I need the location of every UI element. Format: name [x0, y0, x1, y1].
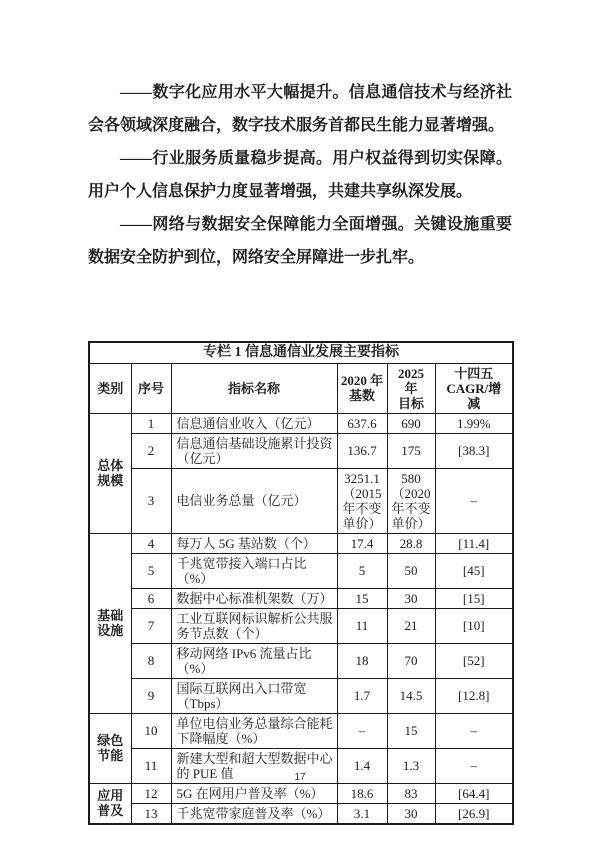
row-number-cell: 13: [131, 803, 171, 824]
column-header: 2020 年 基数: [337, 363, 387, 413]
table-row: 13千兆宽带家庭普及率（%）3.130[26.9]: [89, 803, 513, 824]
base-2020-cell: 1.7: [337, 678, 387, 713]
row-number-cell: 5: [131, 553, 171, 588]
table-row: 5千兆宽带接入端口占比（%）550[45]: [89, 553, 513, 588]
indicator-name-cell: 工业互联网标识解析公共服务节点数（个）: [171, 608, 337, 643]
paragraph-digital-application: ——数字化应用水平大幅提升。信息通信技术与经济社会各领域深度融合，数字技术服务首…: [88, 76, 512, 142]
cagr-cell: [15]: [435, 588, 513, 608]
target-2025-cell: 175: [387, 433, 435, 468]
table-row: 2信息通信基础设施累计投资（亿元）136.7175[38.3]: [89, 433, 513, 468]
table-row: 7工业互联网标识解析公共服务节点数（个）1121[10]: [89, 608, 513, 643]
indicator-name-cell: 千兆宽带家庭普及率（%）: [171, 803, 337, 824]
base-2020-cell: 11: [337, 608, 387, 643]
table-title-row: 专栏 1 信息通信业发展主要指标: [89, 342, 513, 363]
row-number-cell: 2: [131, 433, 171, 468]
indicators-table: 专栏 1 信息通信业发展主要指标 类别序号指标名称2020 年 基数2025 年…: [88, 341, 514, 825]
table-title: 专栏 1 信息通信业发展主要指标: [89, 342, 513, 363]
indicator-name-cell: 移动网络 IPv6 流量占比（%）: [171, 643, 337, 678]
target-2025-cell: 28.8: [387, 533, 435, 553]
cagr-cell: [64.4]: [435, 783, 513, 803]
cagr-cell: [38.3]: [435, 433, 513, 468]
row-number-cell: 9: [131, 678, 171, 713]
indicator-name-cell: 信息通信基础设施累计投资（亿元）: [171, 433, 337, 468]
row-number-cell: 8: [131, 643, 171, 678]
target-2025-cell: 580 （2020 年不变 单价）: [387, 468, 435, 533]
target-2025-cell: 21: [387, 608, 435, 643]
page-number: 17: [0, 772, 600, 783]
cagr-cell: [11.4]: [435, 533, 513, 553]
target-2025-cell: 15: [387, 713, 435, 748]
indicator-name-cell: 每万人 5G 基站数（个）: [171, 533, 337, 553]
table-row: 总体规模1信息通信业收入（亿元）637.66901.99%: [89, 413, 513, 433]
indicator-name-cell: 国际互联网出入口带宽（Tbps）: [171, 678, 337, 713]
row-number-cell: 4: [131, 533, 171, 553]
indicator-name-cell: 信息通信业收入（亿元）: [171, 413, 337, 433]
column-header: 2025 年 目标: [387, 363, 435, 413]
paragraph-network-security: ——网络与数据安全保障能力全面增强。关键设施重要数据安全防护到位，网络安全屏障进…: [88, 208, 512, 274]
column-header: 十四五 CAGR/增 减: [435, 363, 513, 413]
base-2020-cell: 18.6: [337, 783, 387, 803]
table-row: 应用普及125G 在网用户普及率（%）18.683[64.4]: [89, 783, 513, 803]
base-2020-cell: 136.7: [337, 433, 387, 468]
category-cell: 基础设施: [89, 533, 131, 713]
table-row: 8移动网络 IPv6 流量占比（%）1870[52]: [89, 643, 513, 678]
indicator-name-cell: 5G 在网用户普及率（%）: [171, 783, 337, 803]
row-number-cell: 6: [131, 588, 171, 608]
table-row: 绿色节能10单位电信业务总量综合能耗下降幅度（%）–15–: [89, 713, 513, 748]
target-2025-cell: 50: [387, 553, 435, 588]
row-number-cell: 3: [131, 468, 171, 533]
target-2025-cell: 30: [387, 803, 435, 824]
category-cell: 总体规模: [89, 413, 131, 533]
cagr-cell: [26.9]: [435, 803, 513, 824]
column-header: 类别: [89, 363, 131, 413]
cagr-cell: 1.99%: [435, 413, 513, 433]
base-2020-cell: –: [337, 713, 387, 748]
base-2020-cell: 18: [337, 643, 387, 678]
indicator-name-cell: 电信业务总量（亿元）: [171, 468, 337, 533]
cagr-cell: [45]: [435, 553, 513, 588]
cagr-cell: –: [435, 713, 513, 748]
cagr-cell: [52]: [435, 643, 513, 678]
document-page: ——数字化应用水平大幅提升。信息通信技术与经济社会各领域深度融合，数字技术服务首…: [0, 0, 600, 848]
table-row: 3电信业务总量（亿元）3251.1 （2015 年不变 单价）580 （2020…: [89, 468, 513, 533]
row-number-cell: 7: [131, 608, 171, 643]
base-2020-cell: 5: [337, 553, 387, 588]
body-paragraphs: ——数字化应用水平大幅提升。信息通信技术与经济社会各领域深度融合，数字技术服务首…: [88, 76, 512, 274]
table-row: 9国际互联网出入口带宽（Tbps）1.714.5[12.8]: [89, 678, 513, 713]
cagr-cell: [12.8]: [435, 678, 513, 713]
row-number-cell: 10: [131, 713, 171, 748]
column-header: 序号: [131, 363, 171, 413]
indicator-name-cell: 数据中心标准机架数（万）: [171, 588, 337, 608]
base-2020-cell: 637.6: [337, 413, 387, 433]
target-2025-cell: 70: [387, 643, 435, 678]
indicator-name-cell: 单位电信业务总量综合能耗下降幅度（%）: [171, 713, 337, 748]
indicator-name-cell: 千兆宽带接入端口占比（%）: [171, 553, 337, 588]
column-header: 指标名称: [171, 363, 337, 413]
row-number-cell: 1: [131, 413, 171, 433]
category-cell: 应用普及: [89, 783, 131, 824]
target-2025-cell: 83: [387, 783, 435, 803]
base-2020-cell: 17.4: [337, 533, 387, 553]
base-2020-cell: 3251.1 （2015 年不变 单价）: [337, 468, 387, 533]
target-2025-cell: 30: [387, 588, 435, 608]
row-number-cell: 12: [131, 783, 171, 803]
base-2020-cell: 3.1: [337, 803, 387, 824]
target-2025-cell: 690: [387, 413, 435, 433]
target-2025-cell: 14.5: [387, 678, 435, 713]
base-2020-cell: 15: [337, 588, 387, 608]
table-header-row: 类别序号指标名称2020 年 基数2025 年 目标十四五 CAGR/增 减: [89, 363, 513, 413]
cagr-cell: –: [435, 468, 513, 533]
table-row: 6数据中心标准机架数（万）1530[15]: [89, 588, 513, 608]
cagr-cell: [10]: [435, 608, 513, 643]
paragraph-service-quality: ——行业服务质量稳步提高。用户权益得到切实保障。用户个人信息保护力度显著增强，共…: [88, 142, 512, 208]
table-row: 基础设施4每万人 5G 基站数（个）17.428.8[11.4]: [89, 533, 513, 553]
